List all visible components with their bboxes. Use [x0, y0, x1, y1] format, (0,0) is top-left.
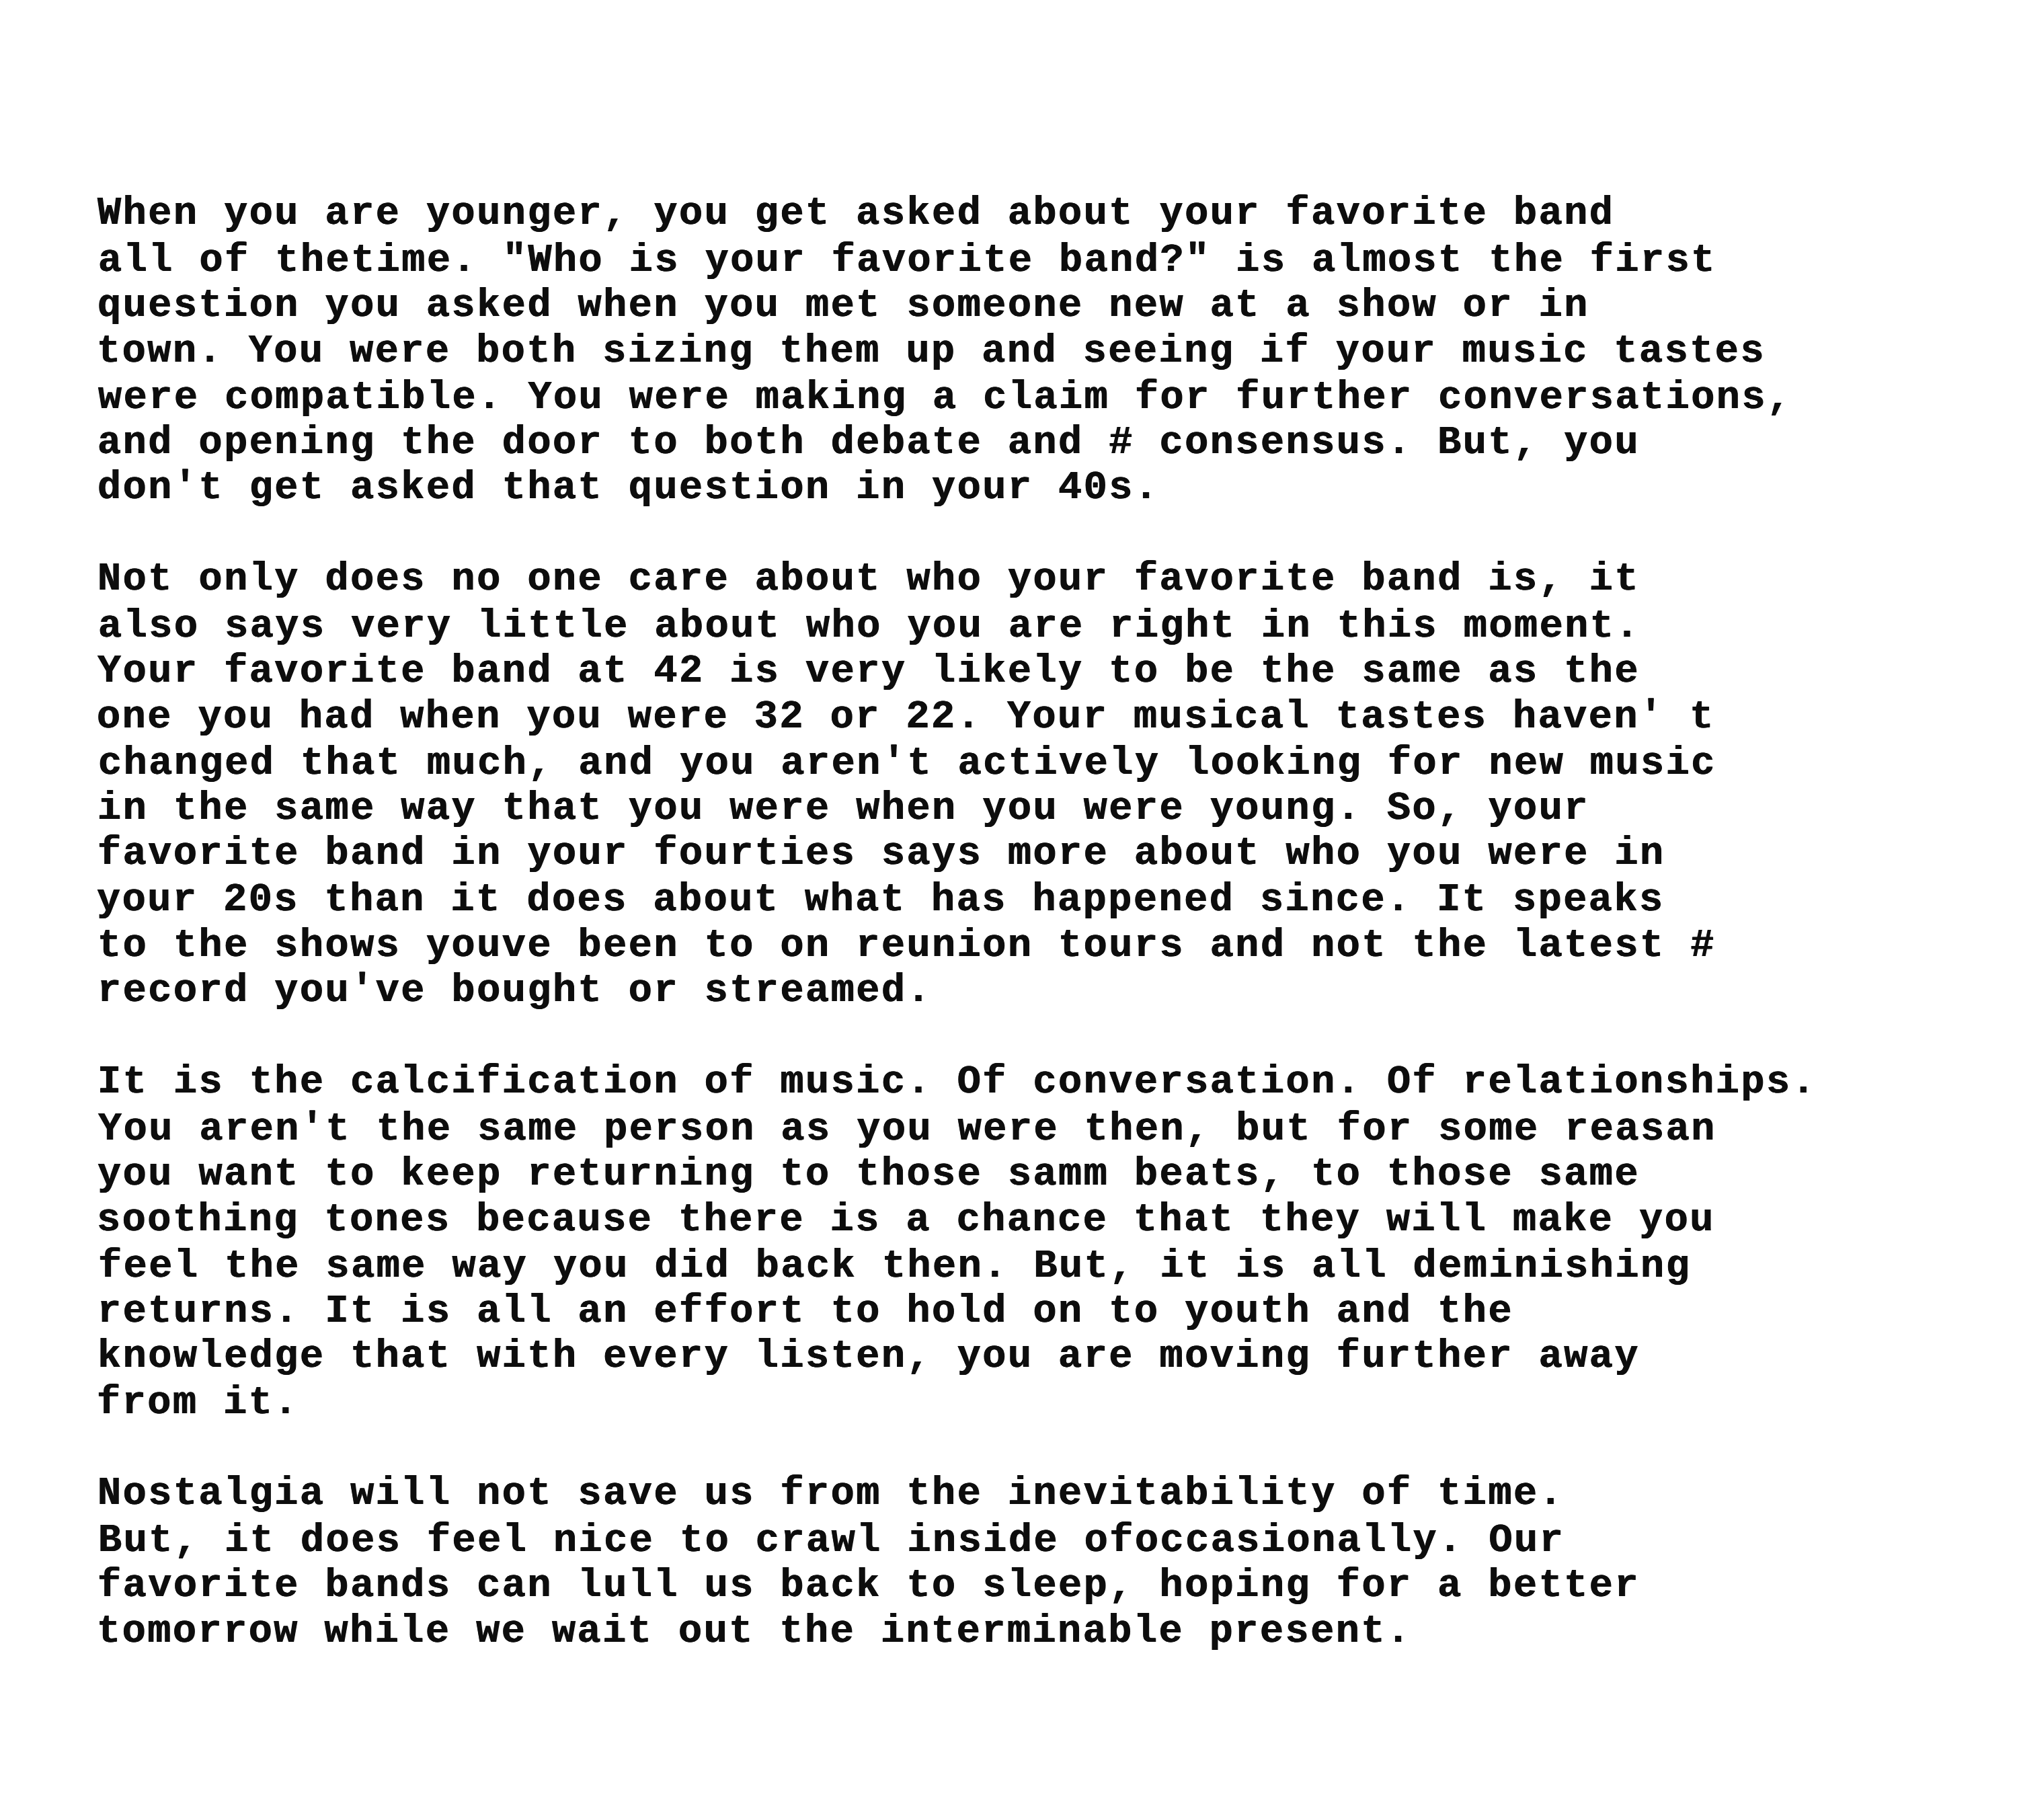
text-line: knowledge that with every listen, you ar…	[97, 1334, 1980, 1380]
typewritten-page: When you are younger, you get asked abou…	[0, 0, 2017, 1820]
text-line: your 20s than it does about what has hap…	[97, 877, 1979, 923]
text-line: also says very little about who you are …	[98, 604, 1981, 649]
text-line: town. You were both sizing them up and s…	[97, 329, 1979, 374]
text-line: returns. It is all an effort to hold on …	[97, 1289, 1980, 1335]
paragraph-nostalgia: Nostalgia will not save us from the inev…	[97, 1472, 1980, 1655]
text-line: from it.	[97, 1380, 1979, 1426]
paragraph-favorite-band-question: When you are younger, you get asked abou…	[97, 192, 1980, 512]
text-line: in the same way that you were when you w…	[97, 786, 1980, 832]
text-line: Nostalgia will not save us from the inev…	[97, 1471, 1980, 1517]
text-line: feel the same way you did back then. But…	[98, 1244, 1981, 1290]
text-line: question you asked when you met someone …	[97, 283, 1980, 329]
text-line: When you are younger, you get asked abou…	[97, 191, 1980, 237]
text-line: to the shows youve been to on reunion to…	[97, 923, 1980, 969]
text-line: Your favorite band at 42 is very likely …	[97, 649, 1980, 695]
text-line: changed that much, and you aren't active…	[98, 741, 1981, 787]
text-line: record you've bought or streamed.	[97, 968, 1980, 1014]
text-line: Not only does no one care about who your…	[97, 557, 1980, 602]
text-line: tomorrow while we wait out the intermina…	[97, 1609, 1979, 1655]
text-line: favorite bands can lull us back to sleep…	[97, 1563, 1980, 1609]
text-line: You aren't the same person as you were t…	[98, 1107, 1981, 1152]
text-line: were compatible. You were making a claim…	[98, 375, 1981, 421]
text-line: and opening the door to both debate and …	[97, 420, 1980, 466]
text-line: It is the calcification of music. Of con…	[97, 1060, 1980, 1105]
text-line: don't get asked that question in your 40…	[97, 465, 1980, 511]
typewritten-essay: When you are younger, you get asked abou…	[97, 192, 1980, 1700]
paragraph-calcification: It is the calcification of music. Of con…	[97, 1060, 1980, 1426]
paragraph-no-one-cares: Not only does no one care about who your…	[97, 557, 1980, 1015]
text-line: all of thetime. "Who is your favorite ba…	[98, 238, 1981, 284]
text-line: soothing tones because there is a chance…	[97, 1197, 1979, 1243]
text-line: But, it does feel nice to crawl inside o…	[98, 1518, 1981, 1564]
text-line: you want to keep returning to those samm…	[97, 1152, 1980, 1197]
text-line: favorite band in your fourties says more…	[97, 831, 1980, 877]
text-line: one you had when you were 32 or 22. Your…	[97, 695, 1979, 740]
